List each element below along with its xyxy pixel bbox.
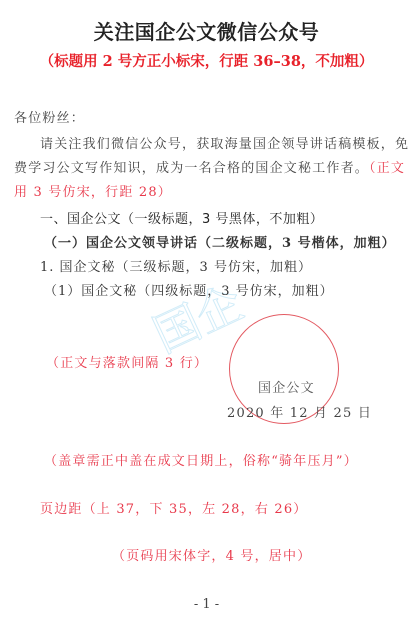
paragraph-line-2: 费学习公文写作知识，成为一名合格的国企文秘工作者。（正文 [14,157,405,176]
page-number: - 1 - [0,597,413,612]
heading-level-4: （1）国企文秘（四级标题，3 号仿宋，加粗） [44,280,334,299]
body-format-note-end: 用 3 号仿宋，行距 28） [14,181,172,200]
heading-level-3: 1. 国企文秘（三级标题，3 号仿宋，加粗） [40,256,312,275]
title-format-note: （标题用 2 号方正小标宋，行距 36–38，不加粗） [0,50,413,71]
paragraph-line-2-text: 费学习公文写作知识，成为一名合格的国企文秘工作者。 [14,161,369,176]
margin-note: 页边距（上 37，下 35，左 28，右 26） [40,498,308,517]
body-format-note-start: （正文 [369,161,405,176]
document-title: 关注国企公文微信公众号 [0,16,413,45]
signature-date: 2020 年 12 月 25 日 [227,402,372,421]
salutation: 各位粉丝： [14,107,85,126]
paragraph-line-1: 请关注我们微信公众号，获取海量国企领导讲话稿模板，免 [40,133,409,152]
seal-placement-note: （盖章需正中盖在成文日期上，俗称“骑年压月”） [44,450,358,469]
signature-organization: 国企公文 [258,377,315,396]
heading-level-2: （一）国企公文领导讲话（二级标题，3 号楷体，加粗） [44,232,396,251]
heading-level-1: 一、国企公文（一级标题，3 号黑体，不加粗） [40,208,323,227]
spacing-note: （正文与落款间隔 3 行） [46,352,208,371]
page-number-format-note: （页码用宋体字，4 号，居中） [112,545,311,564]
